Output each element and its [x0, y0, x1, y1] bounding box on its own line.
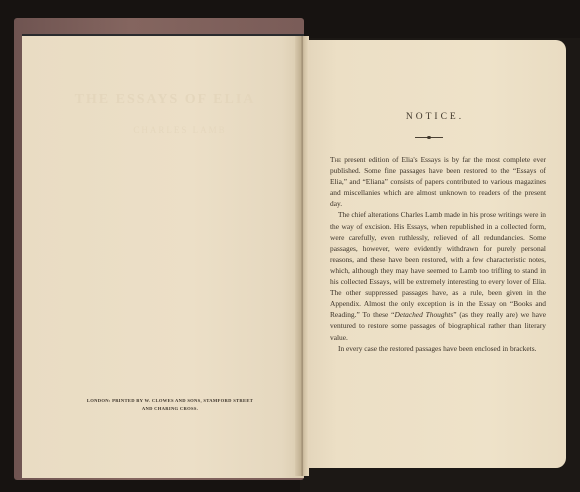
paragraph-3-text: In every case the restored passages have… — [338, 344, 536, 353]
imprint-line-1: LONDON: PRINTED BY W. CLOWES AND SONS, S… — [70, 397, 270, 405]
show-through-subtitle: CHARLES LAMB — [120, 125, 240, 135]
notice-body: The present edition of Elia's Essays is … — [330, 154, 546, 354]
printer-imprint: LONDON: PRINTED BY W. CLOWES AND SONS, S… — [70, 397, 270, 413]
paragraph-2: The chief alterations Charles Lamb made … — [330, 209, 546, 342]
paragraph-3: In every case the restored passages have… — [330, 343, 546, 354]
paragraph-2-italic: Detached Thoughts — [394, 310, 453, 319]
imprint-line-2: AND CHARING CROSS. — [70, 405, 270, 413]
drop-word: The — [330, 155, 341, 164]
notice-heading: NOTICE. — [320, 112, 550, 122]
paragraph-1-text: present edition of Elia's Essays is by f… — [330, 155, 546, 208]
ornament-rule-icon — [415, 136, 443, 139]
show-through-title: THE ESSAYS OF ELIA — [50, 92, 280, 108]
paragraph-1: The present edition of Elia's Essays is … — [330, 154, 546, 209]
paragraph-2-text: The chief alterations Charles Lamb made … — [330, 210, 546, 319]
book-gutter — [295, 36, 309, 476]
